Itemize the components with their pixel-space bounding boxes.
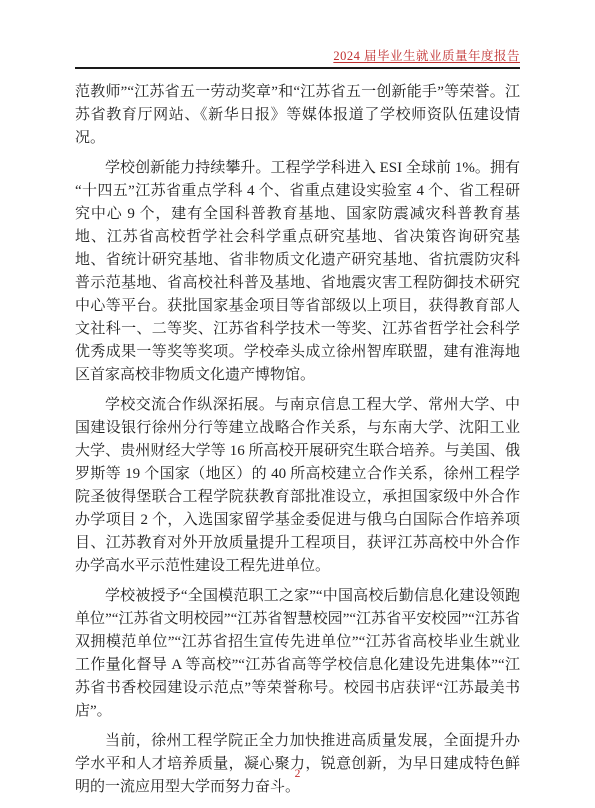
page-footer: 2 [0,764,595,782]
body-paragraph: 学校交流合作纵深拓展。与南京信息工程大学、常州大学、中国建设银行徐州分行等建立战… [75,394,520,578]
document-page: 2024 届毕业生就业质量年度报告 范教师”“江苏省五一劳动奖章”和“江苏省五一… [0,0,595,808]
body-paragraph: 学校创新能力持续攀升。工程学学科进入 ESI 全球前 1%。拥有“十四五”江苏省… [75,157,520,387]
page-number: 2 [295,768,301,780]
body-text: 范教师”“江苏省五一劳动奖章”和“江苏省五一创新能手”等荣誉。江苏省教育厅网站、… [75,81,520,799]
report-title: 2024 届毕业生就业质量年度报告 [333,49,520,63]
body-paragraph: 范教师”“江苏省五一劳动奖章”和“江苏省五一创新能手”等荣誉。江苏省教育厅网站、… [75,81,520,150]
page-header: 2024 届毕业生就业质量年度报告 [75,47,520,69]
body-paragraph: 学校被授予“全国模范职工之家”“中国高校后勤信息化建设领跑单位”“江苏省文明校园… [75,585,520,723]
page-content: 2024 届毕业生就业质量年度报告 范教师”“江苏省五一劳动奖章”和“江苏省五一… [75,47,520,806]
